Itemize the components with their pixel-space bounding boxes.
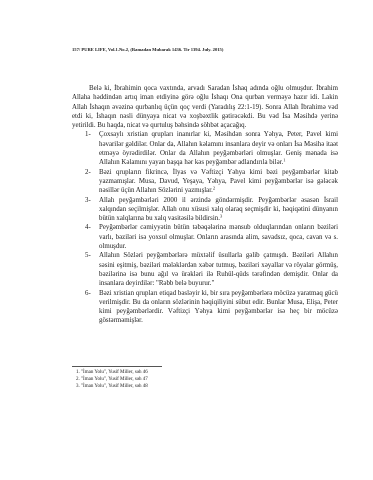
footnote: 3. "İman Yolu", Yusif Miller, səh 48	[76, 384, 148, 391]
item-text: Bəzi qrupların fikrincə, İlyas və Vəftiz…	[99, 169, 338, 195]
item-text: Çoxsaylı xristian qrupları inanırlar ki,…	[99, 131, 338, 166]
list-item: 1-Çoxsaylı xristian qrupları inanırlar k…	[72, 130, 338, 167]
footnote-ref[interactable]: 3	[220, 214, 222, 219]
footnote: 2. "İman Yolu", Yusif Miller, səh 47	[76, 377, 148, 384]
item-text: Allahın Sözləri peyğəmbərlərə müxtəlif ü…	[99, 252, 338, 287]
list-item: 4-Peyğəmbərlər cəmiyyətin bütün təbəqələ…	[72, 223, 338, 251]
footnote-ref[interactable]: 1	[283, 158, 285, 163]
footnote-separator	[72, 366, 162, 367]
running-head: 157/ PURE LIFE, Vol.1.No.2, (Ramadan Mub…	[72, 47, 223, 52]
item-number: 4-	[85, 223, 91, 232]
item-number: 2-	[85, 168, 91, 177]
item-number: 1-	[85, 130, 91, 139]
item-text: Allah peyğəmbərləri 2000 il ərzində gönd…	[99, 197, 338, 223]
list-item: 6-Bəzi xristian qrupları etiqad bəsləyir…	[72, 289, 338, 326]
footnotes: 1. "İman Yolu", Yusif Miller, səh 46 2. …	[76, 370, 148, 390]
list-item: 5-Allahın Sözləri peyğəmbərlərə müxtəlif…	[72, 251, 338, 288]
footnote: 1. "İman Yolu", Yusif Miller, səh 46	[76, 370, 148, 377]
item-text: Bəzi xristian qrupları etiqad bəsləyir k…	[99, 290, 338, 325]
item-text: Peyğəmbərlər cəmiyyətin bütün təbəqələri…	[99, 224, 338, 250]
list-item: 2-Bəzi qrupların fikrincə, İlyas və Vəft…	[72, 168, 338, 196]
page-body: Belə ki, İbrahimin qoca vaxtında, arvadı…	[72, 84, 338, 326]
item-number: 6-	[85, 289, 91, 298]
item-number: 3-	[85, 196, 91, 205]
numbered-list: 1-Çoxsaylı xristian qrupları inanırlar k…	[72, 130, 338, 325]
footnote-ref[interactable]: 2	[213, 186, 215, 191]
intro-paragraph: Belə ki, İbrahimin qoca vaxtında, arvadı…	[72, 84, 338, 130]
list-item: 3-Allah peyğəmbərləri 2000 il ərzində gö…	[72, 196, 338, 224]
item-number: 5-	[85, 251, 91, 260]
